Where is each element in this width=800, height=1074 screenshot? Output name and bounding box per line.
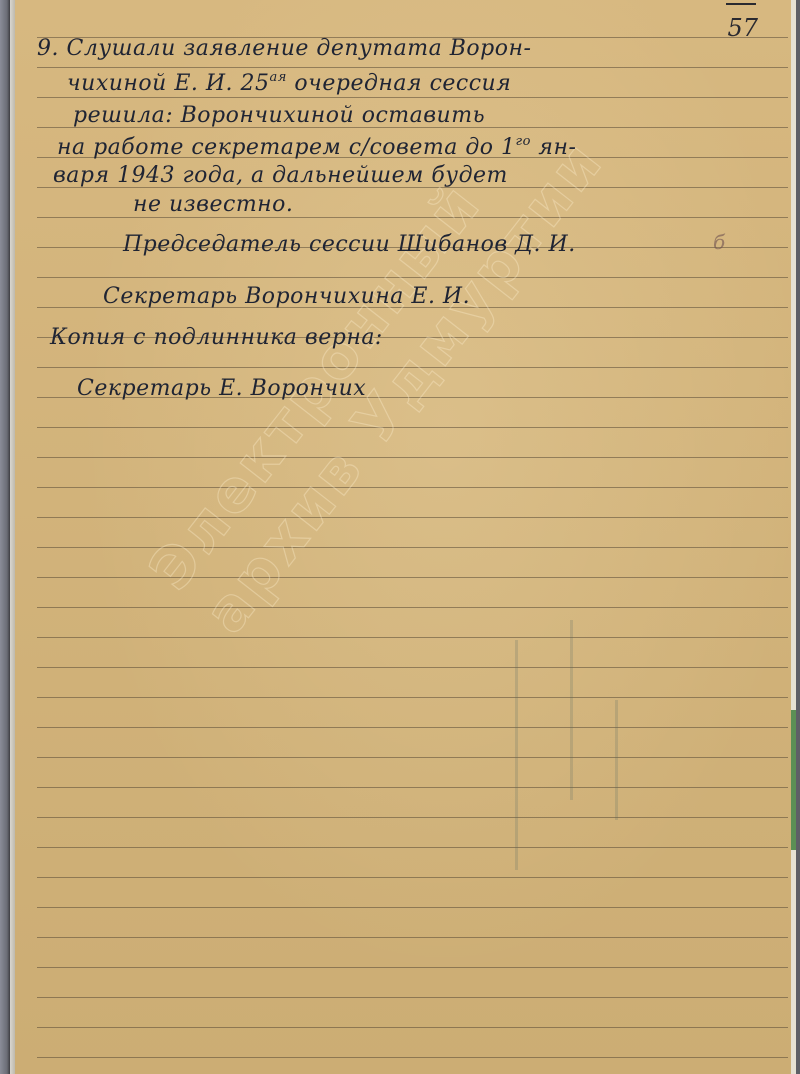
ruled-line: [37, 907, 788, 908]
item-line-2: чихиной Е. И. 25ая очередная сессия: [67, 70, 511, 96]
page-right-edge: [791, 0, 796, 1074]
item-line-5: варя 1943 года, а дальнейшем будет: [53, 163, 508, 188]
ruled-line: [37, 457, 788, 458]
ruled-line: [37, 937, 788, 938]
ruled-line: [37, 697, 788, 698]
ruled-line: [37, 997, 788, 998]
ruled-line: [37, 367, 788, 368]
item-number: 9.: [37, 36, 59, 61]
ruled-line: [37, 577, 788, 578]
green-tab-marker: [791, 710, 796, 850]
ruled-line: [37, 1057, 788, 1058]
pencil-mark: б: [713, 230, 725, 254]
ruled-line: [37, 487, 788, 488]
item-line-1: 9. Слушали заявление депутата Ворон-: [37, 36, 531, 61]
copy-certification: Копия с подлинника верна:: [50, 325, 383, 350]
ruled-line: [37, 757, 788, 758]
item-text: Слушали заявление депутата Ворон-: [67, 36, 532, 61]
chairman-signature: Председатель сессии Шибанов Д. И.: [123, 232, 576, 257]
item-text: ян-: [538, 135, 576, 160]
item-text: чихиной Е. И. 25: [67, 71, 270, 96]
ruled-line: [37, 67, 788, 68]
page-number: 57: [727, 14, 758, 42]
item-line-4: на работе секретарем с/совета до 1го ян-: [57, 134, 576, 160]
bleed-through-mark: [515, 640, 518, 870]
top-dash-mark: [726, 3, 756, 5]
superscript: ая: [270, 70, 287, 85]
ruled-line: [37, 847, 788, 848]
ruled-line: [37, 787, 788, 788]
ruled-line: [37, 97, 788, 98]
superscript: го: [516, 134, 531, 149]
ruled-line: [37, 727, 788, 728]
secretary-signed: Секретарь Е. Ворончих: [77, 376, 366, 401]
ruled-line: [37, 877, 788, 878]
item-text: очередная сессия: [294, 71, 511, 96]
bleed-through-mark: [570, 620, 573, 800]
secretary-signature: Секретарь Ворончихина Е. И.: [103, 284, 470, 309]
ruled-line: [37, 277, 788, 278]
ruled-line: [37, 817, 788, 818]
ruled-line: [37, 517, 788, 518]
ruled-line: [37, 667, 788, 668]
ruled-line: [37, 967, 788, 968]
bleed-through-mark: [615, 700, 618, 820]
document-page: Электронный архив Удмуртии 57 9. Слушали…: [15, 0, 796, 1074]
item-line-6: не известно.: [133, 192, 293, 217]
item-text: на работе секретарем с/совета до 1: [57, 135, 516, 160]
ruled-line: [37, 607, 788, 608]
ruled-line: [37, 217, 788, 218]
ruled-line: [37, 1027, 788, 1028]
item-line-3: решила: Ворончихиной оставить: [73, 103, 485, 128]
ruled-line: [37, 637, 788, 638]
ruled-line: [37, 427, 788, 428]
ruled-line: [37, 547, 788, 548]
